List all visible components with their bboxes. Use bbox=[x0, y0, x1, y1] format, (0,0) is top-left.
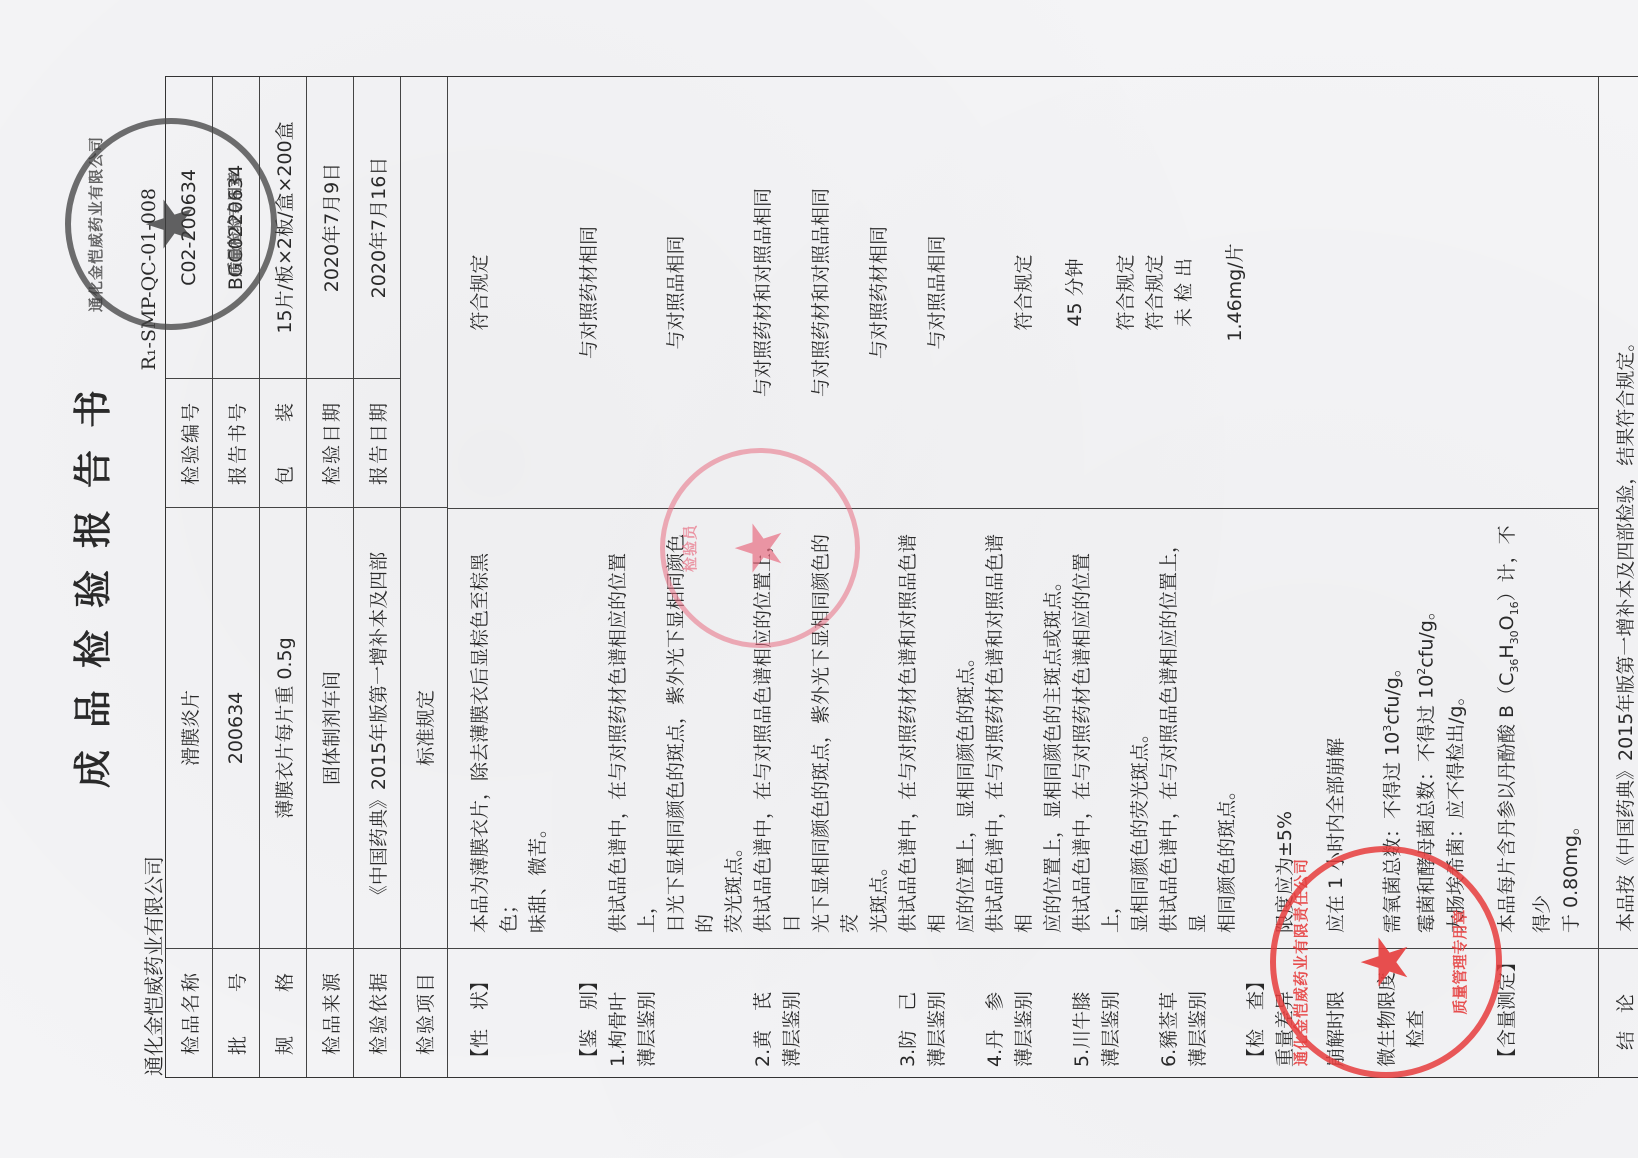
result-line: 未 检 出 bbox=[1170, 85, 1199, 500]
result-line: 45 分钟 bbox=[1061, 85, 1090, 500]
report-title: 成品检验报告书 bbox=[62, 38, 117, 1118]
header-item: 检验项目 bbox=[401, 948, 447, 1077]
info-value: 200634 bbox=[213, 507, 259, 948]
test-row: 【鉴 别】 bbox=[575, 509, 604, 1077]
test-item-line: 3.防 己 bbox=[894, 955, 923, 1067]
spacer bbox=[1300, 509, 1322, 1077]
info-value: 薄膜衣片每片重 0.5g bbox=[260, 507, 306, 948]
test-item: 4.丹 参薄层鉴别 bbox=[981, 949, 1068, 1077]
info-row: 规 格薄膜衣片每片重 0.5g包 装15片/板×2板/盒×200盒 bbox=[260, 77, 307, 1077]
test-item-line: 【性 状】 bbox=[466, 955, 495, 1067]
test-standard: 需氧菌总数：不得过 103cfu/g。霉菌和酵母菌总数：不得过 102cfu/g… bbox=[1373, 509, 1471, 949]
superscript: 3 bbox=[1381, 725, 1394, 732]
standard-line: 味甜、微苦。 bbox=[524, 519, 553, 933]
standard-line: 光下显相同颜色的斑点，紫外光下显相同颜色的荧 bbox=[807, 519, 865, 933]
test-result: 与对照药材相同 bbox=[865, 85, 923, 500]
test-row: 【性 状】本品为薄膜衣片，除去薄膜衣后显棕色至棕黑色；味甜、微苦。 bbox=[466, 509, 553, 1077]
standard-line: 显相同颜色的荧光斑点。 bbox=[1126, 519, 1155, 933]
test-item: 崩解时限 bbox=[1322, 949, 1351, 1077]
result-line: 符合规定 bbox=[1141, 85, 1170, 500]
test-item-line: 重量差异 bbox=[1271, 955, 1300, 1067]
test-standard bbox=[575, 509, 604, 949]
subscript: 36 bbox=[1507, 659, 1520, 673]
test-item: 5.川牛膝薄层鉴别 bbox=[1068, 949, 1155, 1077]
test-item-line: 6.豨莶草 bbox=[1155, 955, 1184, 1067]
info-value: 固体制剂车间 bbox=[307, 507, 353, 948]
test-item: 【鉴 别】 bbox=[575, 949, 604, 1077]
spacer bbox=[553, 509, 575, 1077]
info-value: 《中国药典》2015年版第一增补本及四部 bbox=[354, 507, 400, 948]
standard-line: 供试品色谱中，在与对照药材色谱相应的位置上， bbox=[1068, 519, 1126, 933]
test-item-line: 薄层鉴别 bbox=[1097, 955, 1126, 1067]
test-item: 【含量测定】 bbox=[1493, 949, 1587, 1077]
info-row: 检品名称滑膜炎片检验编号C02-200634 bbox=[166, 77, 213, 1077]
test-item-line: 薄层鉴别 bbox=[633, 955, 662, 1067]
test-standard: 供试品色谱中，在与对照品色谱相应的位置上，显相同颜色的斑点。 bbox=[1155, 509, 1242, 949]
info-value: 滑膜炎片 bbox=[166, 507, 212, 948]
subscript: 30 bbox=[1507, 630, 1520, 644]
test-row: 2.黄 芪薄层鉴别供试品色谱中，在与对照品色谱相应的位置上，日光下显相同颜色的斑… bbox=[749, 509, 894, 1077]
test-result: 1.46mg/片 bbox=[1221, 85, 1279, 500]
result-line: 与对照药材相同 bbox=[865, 85, 894, 500]
info-label: 检品名称 bbox=[166, 948, 212, 1077]
spacer bbox=[524, 85, 546, 500]
test-standard: 供试品色谱中，在与对照药材色谱相应的位置上，显相同颜色的荧光斑点。 bbox=[1068, 509, 1155, 949]
test-standard: 应在 1 小时内全部崩解 bbox=[1322, 509, 1351, 949]
test-result: 与对照药材相同 bbox=[575, 85, 662, 500]
test-row: 崩解时限应在 1 小时内全部崩解 bbox=[1322, 509, 1351, 1077]
spacer bbox=[1090, 85, 1112, 500]
info-label: 规 格 bbox=[260, 948, 306, 1077]
test-item: 微生物限度 检查 bbox=[1373, 949, 1471, 1077]
test-row: 3.防 己薄层鉴别供试品色谱中，在与对照药材色谱和对照品色谱相应的位置上，显相同… bbox=[894, 509, 981, 1077]
standard-line: 于 0.80mg。 bbox=[1557, 519, 1586, 933]
standard-line: 荧光斑点。 bbox=[720, 519, 749, 933]
info-section: 检品名称滑膜炎片检验编号C02-200634批 号200634报告书号BGC02… bbox=[166, 77, 401, 1077]
test-item-line: 微生物限度 bbox=[1373, 955, 1402, 1067]
test-body: 【性 状】本品为薄膜衣片，除去薄膜衣后显棕色至棕黑色；味甜、微苦。【鉴 别】1.… bbox=[448, 77, 1598, 1077]
standard-line: 日光下显相同颜色的斑点，紫外光下显相同颜色的 bbox=[662, 519, 720, 933]
test-result: 45 分钟 bbox=[1061, 85, 1090, 500]
test-item-line: 【鉴 别】 bbox=[575, 955, 604, 1067]
standard-line: 本品为薄膜衣片，除去薄膜衣后显棕色至棕黑色； bbox=[466, 519, 524, 933]
spacer bbox=[1199, 85, 1221, 500]
test-standard: 供试品色谱中，在与对照药材色谱相应的位置上，日光下显相同颜色的斑点，紫外光下显相… bbox=[604, 509, 749, 949]
info-row: 检品来源固体制剂车间检验日期2020年7月9日 bbox=[307, 77, 354, 1077]
test-item-line: 4.丹 参 bbox=[981, 955, 1010, 1067]
test-result: 与对照药材和对照品相同 bbox=[749, 85, 807, 500]
standard-line: 应的位置上，显相同颜色的斑点。 bbox=[952, 519, 981, 933]
results-column: 符合规定与对照药材相同与对照品相同与对照药材和对照品相同与对照药材和对照品相同与… bbox=[448, 77, 1598, 508]
items-and-standards: 【性 状】本品为薄膜衣片，除去薄膜衣后显棕色至棕黑色；味甜、微苦。【鉴 别】1.… bbox=[448, 508, 1598, 1077]
test-item-line: 崩解时限 bbox=[1322, 955, 1351, 1067]
conclusion-text: 本品按《中国药典》2015年版第一增补本及四部检验，结果符合规定。 bbox=[1599, 77, 1638, 948]
standard-line: 本品每片含丹参以丹酚酸 B（C36H30O16）计，不得少 bbox=[1493, 519, 1558, 933]
info-value: 15片/板×2板/盒×200盒 bbox=[260, 77, 306, 378]
test-standard: 本品每片含丹参以丹酚酸 B（C36H30O16）计，不得少于 0.80mg。 bbox=[1493, 509, 1587, 949]
standard-line: 供试品色谱中，在与对照药材色谱相应的位置上， bbox=[604, 519, 662, 933]
test-row: 微生物限度 检查需氧菌总数：不得过 103cfu/g。霉菌和酵母菌总数：不得过 … bbox=[1373, 509, 1471, 1077]
conclusion-row: 结论 本品按《中国药典》2015年版第一增补本及四部检验，结果符合规定。 bbox=[1598, 77, 1638, 1077]
test-item-line: 薄层鉴别 bbox=[778, 955, 807, 1067]
report-table: 检品名称滑膜炎片检验编号C02-200634批 号200634报告书号BGC02… bbox=[165, 76, 1638, 1078]
test-item: 2.黄 芪薄层鉴别 bbox=[749, 949, 894, 1077]
info-row: 批 号200634报告书号BGC0220634 bbox=[213, 77, 260, 1077]
standard-line: 供试品色谱中，在与对照品色谱相应的位置上，显 bbox=[1155, 519, 1213, 933]
test-row: 1.枸骨叶薄层鉴别供试品色谱中，在与对照药材色谱相应的位置上，日光下显相同颜色的… bbox=[604, 509, 749, 1077]
column-header-row: 检验项目 标准规定 bbox=[401, 77, 448, 1077]
result-line: 与对照品相同 bbox=[662, 85, 691, 500]
info-label: 报告书号 bbox=[213, 378, 259, 507]
info-label: 报告日期 bbox=[354, 378, 400, 507]
test-standard: 供试品色谱中，在与对照药材色谱和对照品色谱相应的位置上，显相同颜色的斑点。 bbox=[894, 509, 981, 949]
test-item: 1.枸骨叶薄层鉴别 bbox=[604, 949, 749, 1077]
test-result bbox=[981, 85, 1010, 500]
result-line: 与对照品相同 bbox=[923, 85, 952, 500]
test-item: 6.豨莶草薄层鉴别 bbox=[1155, 949, 1242, 1077]
test-standard: 限度应为±5% bbox=[1271, 509, 1300, 949]
result-line: 与对照药材和对照品相同 bbox=[749, 85, 778, 500]
info-label: 检验日期 bbox=[307, 378, 353, 507]
info-value: BGC0220634 bbox=[213, 77, 259, 378]
test-standard bbox=[1242, 509, 1271, 949]
test-item-line: 2.黄 芪 bbox=[749, 955, 778, 1067]
test-item-line: 薄层鉴别 bbox=[1010, 955, 1039, 1067]
column-divider bbox=[448, 948, 1598, 949]
subscript: 16 bbox=[1507, 601, 1520, 615]
superscript: 2 bbox=[1415, 668, 1428, 675]
standard-line: 限度应为±5% bbox=[1271, 519, 1300, 933]
test-item: 【性 状】 bbox=[466, 949, 553, 1077]
test-item-line: 薄层鉴别 bbox=[1184, 955, 1213, 1067]
standard-line: 供试品色谱中，在与对照药材色谱和对照品色谱相 bbox=[894, 519, 952, 933]
test-item-line: 薄层鉴别 bbox=[923, 955, 952, 1067]
info-label: 检品来源 bbox=[307, 948, 353, 1077]
test-result: 符合规定 bbox=[1010, 85, 1039, 500]
test-row: 4.丹 参薄层鉴别供试品色谱中，在与对照药材色谱和对照品色谱相应的位置上，显相同… bbox=[981, 509, 1068, 1077]
test-row: 【含量测定】本品每片含丹参以丹酚酸 B（C36H30O16）计，不得少于 0.8… bbox=[1493, 509, 1587, 1077]
standard-line: 需氧菌总数：不得过 103cfu/g。 bbox=[1373, 519, 1407, 933]
test-row: 【检 查】 bbox=[1242, 509, 1271, 1077]
spacer bbox=[1471, 509, 1493, 1077]
standard-line: 应的位置上，显相同颜色的主斑点或斑点。 bbox=[1039, 519, 1068, 933]
standard-line: 供试品色谱中，在与对照药材色谱和对照品色谱相 bbox=[981, 519, 1039, 933]
info-row: 检验依据《中国药典》2015年版第一增补本及四部报告日期2020年7月16日 bbox=[354, 77, 401, 1077]
result-line: 符合规定 bbox=[1112, 85, 1141, 500]
header-result bbox=[401, 77, 447, 507]
inspection-report-page: 成品检验报告书 通化金恺威药业有限公司 R₁-SMP-QC-01-008 检品名… bbox=[0, 38, 1560, 1118]
info-label: 批 号 bbox=[213, 948, 259, 1077]
test-item: 重量差异 bbox=[1271, 949, 1300, 1077]
result-line: 1.46mg/片 bbox=[1221, 85, 1250, 500]
test-row: 5.川牛膝薄层鉴别供试品色谱中，在与对照药材色谱相应的位置上，显相同颜色的荧光斑… bbox=[1068, 509, 1155, 1077]
test-item-line: 【检 查】 bbox=[1242, 955, 1271, 1067]
info-value: 2020年7月9日 bbox=[307, 77, 353, 378]
test-row: 重量差异限度应为±5% bbox=[1271, 509, 1300, 1077]
test-result: 与对照品相同 bbox=[923, 85, 981, 500]
test-result: 与对照品相同 bbox=[662, 85, 749, 500]
test-item: 【检 查】 bbox=[1242, 949, 1271, 1077]
result-line: 符合规定 bbox=[1010, 85, 1039, 500]
test-standard: 供试品色谱中，在与对照品色谱相应的位置上，日光下显相同颜色的斑点，紫外光下显相同… bbox=[749, 509, 894, 949]
test-result bbox=[546, 85, 575, 500]
test-item: 3.防 己薄层鉴别 bbox=[894, 949, 981, 1077]
test-item-line: 1.枸骨叶 bbox=[604, 955, 633, 1067]
spacer bbox=[1351, 509, 1373, 1077]
test-result: 符合规定 bbox=[466, 85, 524, 500]
test-row: 6.豨莶草薄层鉴别供试品色谱中，在与对照品色谱相应的位置上，显相同颜色的斑点。 bbox=[1155, 509, 1242, 1077]
info-value: 2020年7月16日 bbox=[354, 77, 400, 378]
spacer bbox=[1039, 85, 1061, 500]
standard-line: 大肠埃希菌：应不得检出/g。 bbox=[1442, 519, 1471, 933]
test-item-line: 检查 bbox=[1402, 955, 1431, 1067]
test-standard: 本品为薄膜衣片，除去薄膜衣后显棕色至棕黑色；味甜、微苦。 bbox=[466, 509, 553, 949]
conclusion-label: 结论 bbox=[1599, 948, 1638, 1077]
header-standard: 标准规定 bbox=[401, 507, 447, 948]
document-code: R₁-SMP-QC-01-008 bbox=[138, 188, 160, 370]
result-line: 与对照药材和对照品相同 bbox=[807, 85, 836, 500]
test-result: 与对照药材和对照品相同 bbox=[807, 85, 865, 500]
standard-line: 光斑点。 bbox=[865, 519, 894, 933]
info-label: 包 装 bbox=[260, 378, 306, 507]
info-label: 检验编号 bbox=[166, 378, 212, 507]
result-line: 符合规定 bbox=[466, 85, 495, 500]
test-result: 符合规定符合规定未 检 出 bbox=[1112, 85, 1199, 500]
test-item-line: 【含量测定】 bbox=[1493, 955, 1522, 1067]
spacer bbox=[1279, 85, 1291, 500]
standard-line: 霉菌和酵母菌总数：不得过 102cfu/g。 bbox=[1407, 519, 1441, 933]
company-name: 通化金恺威药业有限公司 bbox=[138, 856, 167, 1076]
standard-line: 供试品色谱中，在与对照品色谱相应的位置上，日 bbox=[749, 519, 807, 933]
standard-line: 应在 1 小时内全部崩解 bbox=[1322, 519, 1351, 933]
spacer bbox=[1586, 509, 1598, 1077]
info-label: 检验依据 bbox=[354, 948, 400, 1077]
test-standard: 供试品色谱中，在与对照药材色谱和对照品色谱相应的位置上，显相同颜色的主斑点或斑点… bbox=[981, 509, 1068, 949]
standard-line: 相同颜色的斑点。 bbox=[1213, 519, 1242, 933]
info-value: C02-200634 bbox=[166, 77, 212, 378]
test-item-line: 5.川牛膝 bbox=[1068, 955, 1097, 1067]
result-line: 与对照药材相同 bbox=[575, 85, 604, 500]
